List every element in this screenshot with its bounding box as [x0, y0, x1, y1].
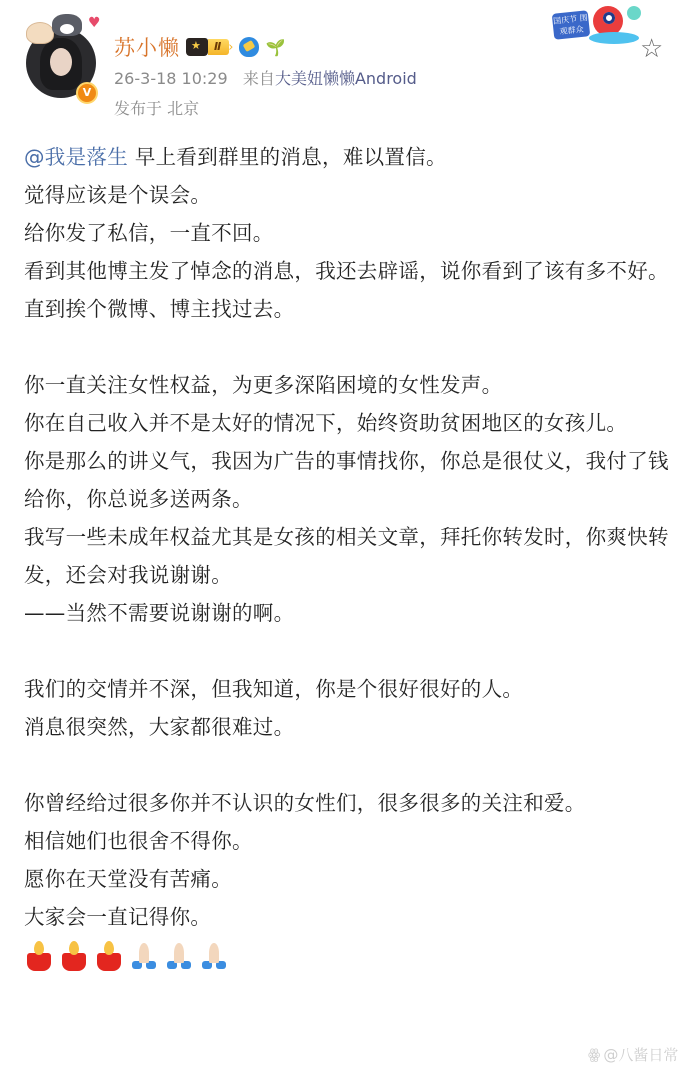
crown-icon	[186, 38, 208, 56]
sprout-icon[interactable]: 🌱	[265, 38, 285, 57]
watermark: ꙮ @八酱日常	[588, 1044, 678, 1065]
folded-hands-icon	[129, 941, 159, 971]
card-decoration-sticker: 国庆节 围观群众	[545, 4, 645, 48]
shield-hammer-icon[interactable]	[239, 37, 259, 57]
username[interactable]: 苏小懒	[114, 32, 180, 62]
mention-link[interactable]: @我是落生	[24, 145, 128, 169]
post-line: 你一直关注女性权益，为更多深陷困境的女性发声。	[24, 366, 674, 404]
post-line: ——当然不需要说谢谢的啊。	[24, 594, 674, 632]
post-line: 你是那么的讲义气，我因为广告的事情找你，你总是很仗义，我付了钱给你，你总说多送两…	[24, 442, 674, 518]
post-line: 觉得应该是个误会。	[24, 176, 674, 214]
post-line: 直到挨个微博、博主找过去。	[24, 290, 674, 328]
avatar-pendant-decoration: ♥	[18, 8, 108, 48]
wave-icon	[589, 32, 639, 44]
folded-hands-icon	[164, 941, 194, 971]
avatar[interactable]: ♥ V	[18, 8, 118, 108]
source-prefix: 来自	[243, 69, 275, 88]
post-line: 你在自己收入并不是太好的情况下，始终资助贫困地区的女孩儿。	[24, 404, 674, 442]
weibo-icon: ꙮ	[588, 1047, 600, 1063]
post-body: @我是落生 早上看到群里的消息，难以置信。 觉得应该是个误会。 给你发了私信，一…	[24, 138, 674, 974]
emoji-row	[24, 938, 674, 974]
candle-icon	[24, 941, 54, 971]
name-row: 苏小懒 Ⅱ › 🌱	[114, 32, 285, 62]
post-line: 愿你在天堂没有苦痛。	[24, 860, 674, 898]
post-line: @我是落生 早上看到群里的消息，难以置信。	[24, 138, 674, 176]
post-header: ♥ V 苏小懒 Ⅱ › 🌱 26-3-18 10:29 来自大美妞懒懒Andro…	[0, 0, 690, 130]
decor-tag: 国庆节 围观群众	[552, 10, 591, 40]
candle-icon	[94, 941, 124, 971]
post-location: 发布于 北京	[114, 96, 199, 119]
post-line: 你曾经给过很多你并不认识的女性们，很多很多的关注和爱。	[24, 784, 674, 822]
dog-sticker-icon	[26, 22, 54, 44]
post-line: 我们的交情并不深，但我知道，你是个很好很好的人。	[24, 670, 674, 708]
post-line: 给你发了私信，一直不回。	[24, 214, 674, 252]
post-line: 消息很突然，大家都很难过。	[24, 708, 674, 746]
star-icon[interactable]: ☆	[640, 36, 663, 62]
folded-hands-icon	[199, 941, 229, 971]
candle-icon	[59, 941, 89, 971]
timestamp: 26-3-18 10:29	[114, 69, 228, 88]
source-app-link[interactable]: 大美妞懒懒	[275, 69, 355, 88]
post-line: 看到其他博主发了悼念的消息，我还去辟谣，说你看到了该有多不好。	[24, 252, 674, 290]
chevron-right-icon: ›	[228, 40, 233, 55]
post-meta: 26-3-18 10:29 来自大美妞懒懒Android	[114, 66, 417, 89]
post-line: 大家会一直记得你。	[24, 898, 674, 936]
ball-icon	[627, 6, 641, 20]
post-line: 相信她们也很舍不得你。	[24, 822, 674, 860]
vip-level-label: Ⅱ	[208, 39, 229, 55]
source-platform: Android	[355, 69, 417, 88]
verified-badge-icon: V	[76, 82, 98, 104]
watermark-text: @八酱日常	[603, 1044, 678, 1065]
post-line: 我写一些未成年权益尤其是女孩的相关文章，拜托你转发时，你爽快转发，还会对我说谢谢…	[24, 518, 674, 594]
vip-level-badge[interactable]: Ⅱ ›	[186, 37, 233, 57]
husky-sticker-icon	[52, 14, 82, 36]
heart-icon: ♥	[88, 16, 101, 30]
